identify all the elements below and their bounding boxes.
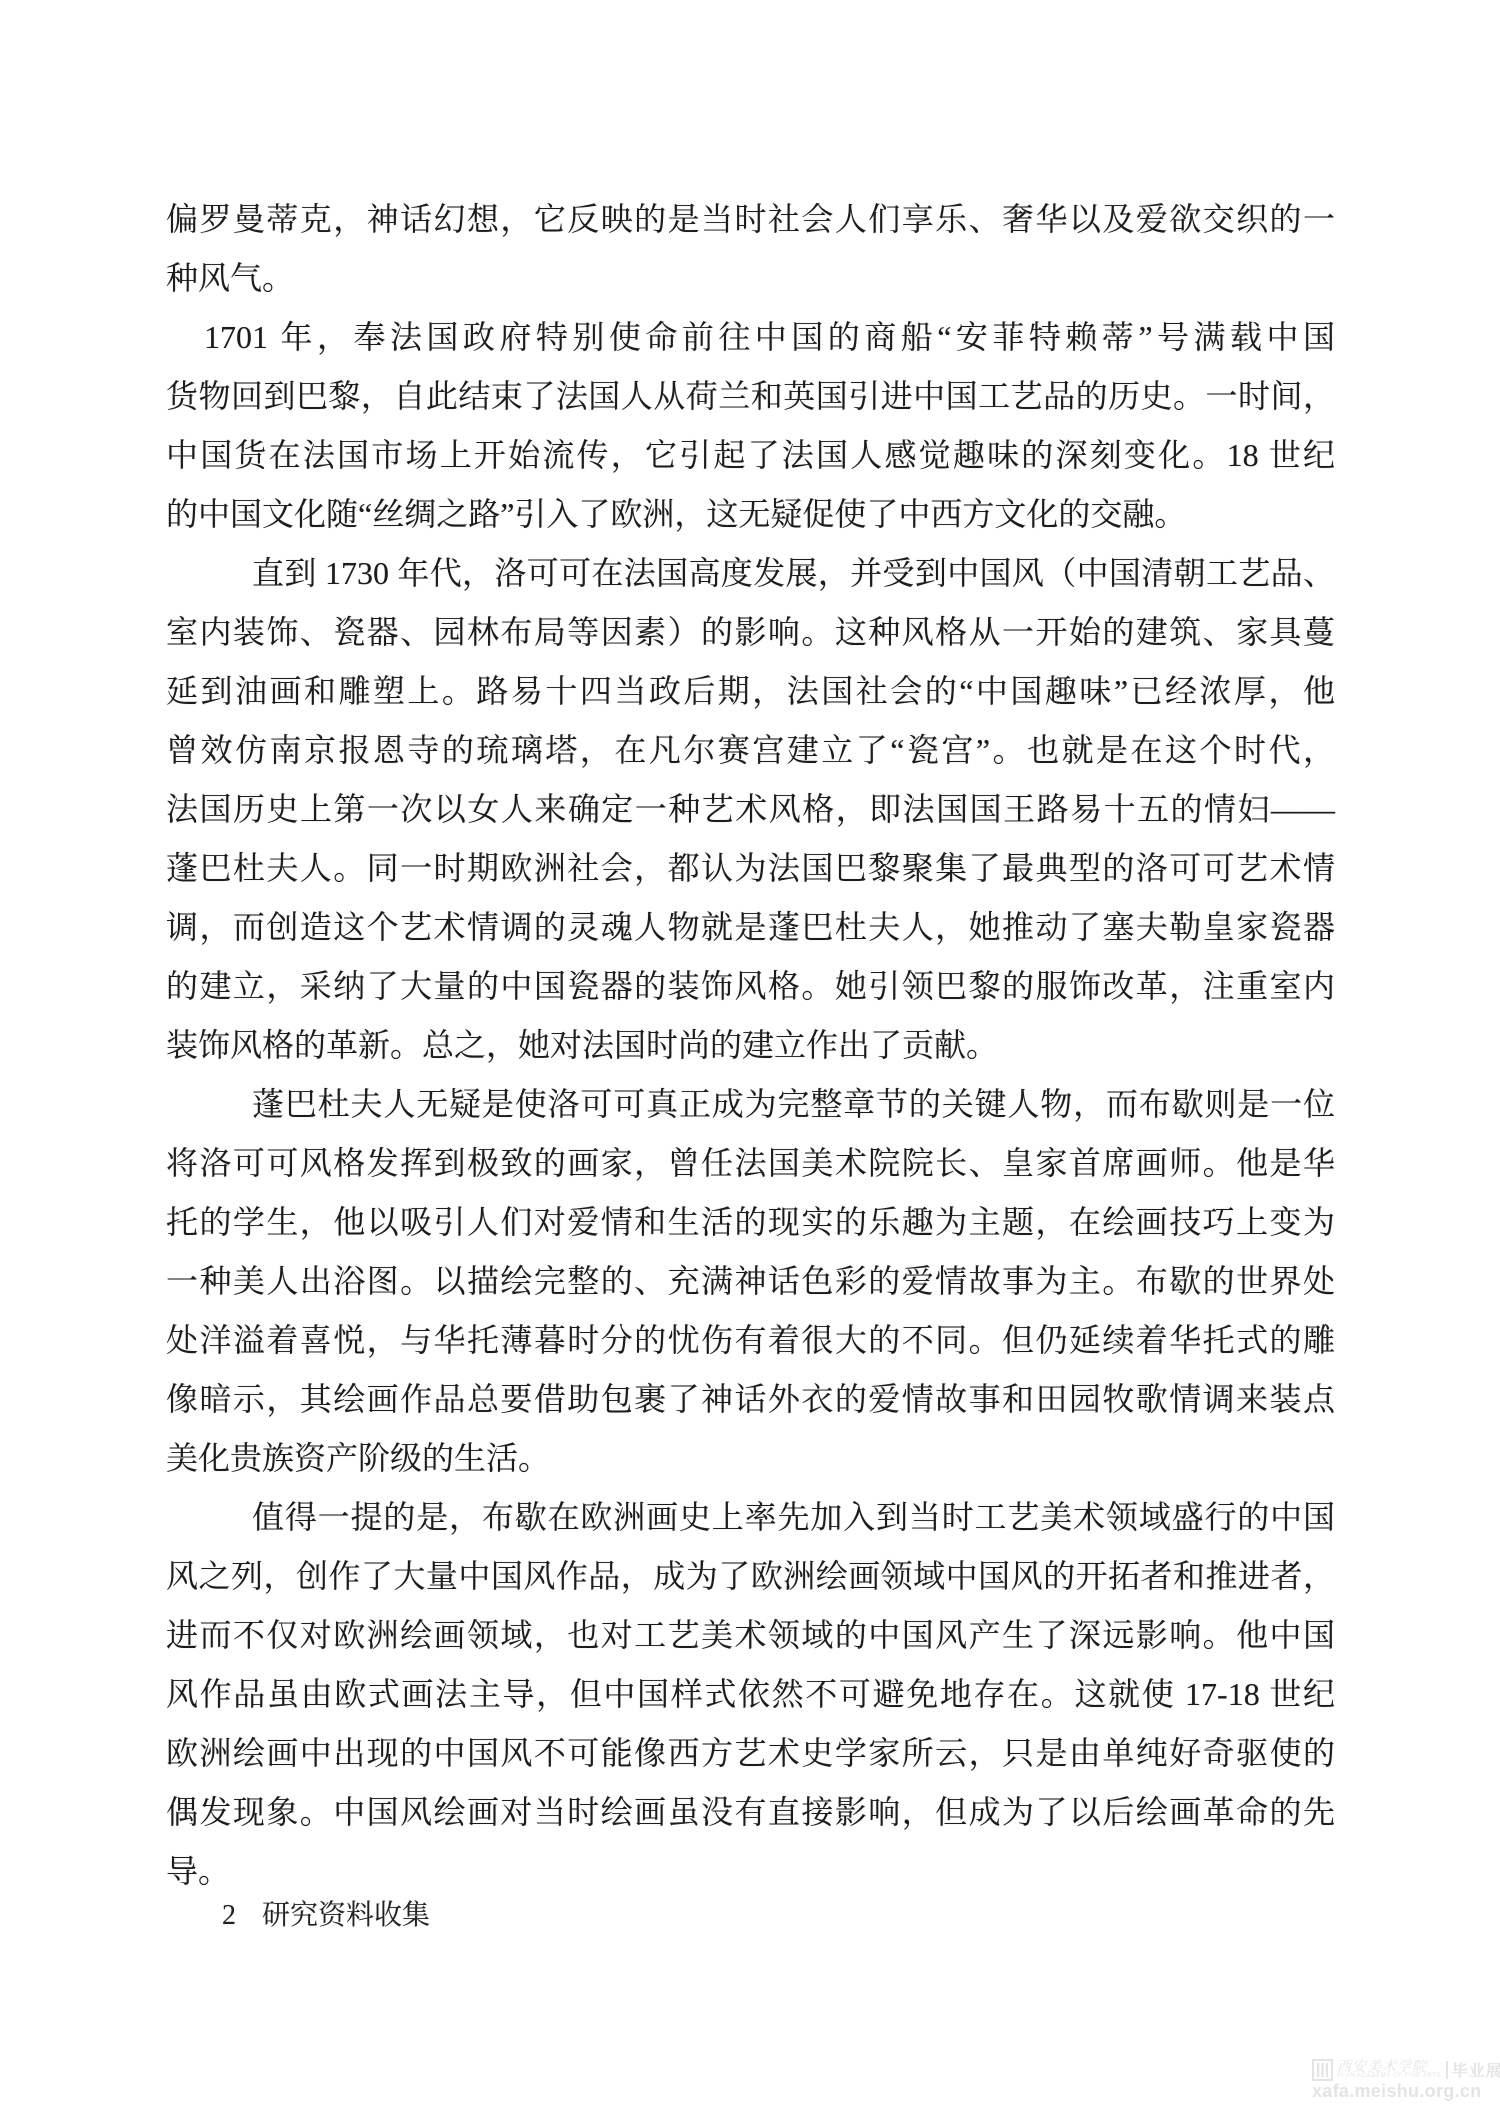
text-line: 托的学生，他以吸引人们对爱情和生活的现实的乐趣为主题，在绘画技巧上变为 [166,1193,1335,1252]
text-line: 室内装饰、瓷器、园林布局等因素）的影响。这种风格从一开始的建筑、家具蔓 [166,603,1335,662]
text-line: 导。 [166,1842,1335,1901]
text-line: 的中国文化随“丝绸之路”引入了欧洲，这无疑促使了中西方文化的交融。 [166,485,1335,544]
text-line: 直到 1730 年代，洛可可在法国高度发展，并受到中国风（中国清朝工艺品、 [166,544,1335,603]
site-watermark: 西安美术学院 XI'AN ACADEMY OF FINE ARTS 毕业展 xa… [1312,2058,1477,2100]
text-line: 中国货在法国市场上开始流传，它引起了法国人感觉趣味的深刻变化。18 世纪 [166,426,1335,485]
text-line: 的建立，采纳了大量的中国瓷器的装饰风格。她引领巴黎的服饰改革，注重室内 [166,957,1335,1016]
watermark-academy-name-cn: 西安美术学院 [1337,2059,1441,2073]
text-line: 欧洲绘画中出现的中国风不可能像西方艺术史学家所云，只是由单纯好奇驱使的 [166,1724,1335,1783]
paragraph: 偏罗曼蒂克，神话幻想，它反映的是当时社会人们享乐、奢华以及爱欲交织的一种风气。 [166,190,1335,308]
text-line: 延到油画和雕塑上。路易十四当政后期，法国社会的“中国趣味”已经浓厚，他 [166,662,1335,721]
watermark-divider [1446,2061,1448,2079]
text-line: 偏罗曼蒂克，神话幻想，它反映的是当时社会人们享乐、奢华以及爱欲交织的一 [166,190,1335,249]
text-line: 偶发现象。中国风绘画对当时绘画虽没有直接影响，但成为了以后绘画革命的先 [166,1783,1335,1842]
document-page: 偏罗曼蒂克，神话幻想，它反映的是当时社会人们享乐、奢华以及爱欲交织的一种风气。1… [0,0,1500,2121]
watermark-logo-row: 西安美术学院 XI'AN ACADEMY OF FINE ARTS 毕业展 [1312,2058,1477,2081]
text-line: 美化贵族资产阶级的生活。 [166,1429,1335,1488]
text-line: 调，而创造这个艺术情调的灵魂人物就是蓬巴杜夫人，她推动了塞夫勒皇家瓷器 [166,898,1335,957]
text-line: 曾效仿南京报恩寺的琉璃塔，在凡尔赛宫建立了“瓷宫”。也就是在这个时代， [166,721,1335,780]
text-line: 蓬巴杜夫人无疑是使洛可可真正成为完整章节的关键人物，而布歇则是一位 [166,1075,1335,1134]
watermark-exhibition-badge: 毕业展 [1452,2058,1500,2081]
academy-seal-icon [1312,2059,1333,2081]
text-line: 货物回到巴黎，自此结束了法国人从荷兰和英国引进中国工艺品的历史。一时间， [166,367,1335,426]
watermark-url: xafa.meishu.org.cn [1312,2082,1477,2100]
page-number: 2 [222,1896,236,1936]
text-line: 像暗示，其绘画作品总要借助包裹了神话外衣的爱情故事和田园牧歌情调来装点 [166,1370,1335,1429]
text-line: 装饰风格的革新。总之，她对法国时尚的建立作出了贡献。 [166,1016,1335,1075]
paragraph: 蓬巴杜夫人无疑是使洛可可真正成为完整章节的关键人物，而布歇则是一位将洛可可风格发… [166,1075,1335,1488]
text-line: 一种美人出浴图。以描绘完整的、充满神话色彩的爱情故事为主。布歇的世界处 [166,1252,1335,1311]
paragraph: 1701 年，奉法国政府特别使命前往中国的商船“安菲特赖蒂”号满载中国货物回到巴… [166,308,1335,544]
text-line: 处洋溢着喜悦，与华托薄暮时分的忧伤有着很大的不同。但仍延续着华托式的雕 [166,1311,1335,1370]
text-line: 风作品虽由欧式画法主导，但中国样式依然不可避免地存在。这就使 17-18 世纪 [166,1665,1335,1724]
text-line: 值得一提的是，布歇在欧洲画史上率先加入到当时工艺美术领域盛行的中国 [166,1488,1335,1547]
text-line: 蓬巴杜夫人。同一时期欧洲社会，都认为法国巴黎聚集了最典型的洛可可艺术情 [166,839,1335,898]
text-line: 1701 年，奉法国政府特别使命前往中国的商船“安菲特赖蒂”号满载中国 [166,308,1335,367]
text-line: 风之列，创作了大量中国风作品，成为了欧洲绘画领域中国风的开拓者和推进者， [166,1547,1335,1606]
page-footer: 2 研究资料收集 [222,1896,430,1936]
body-text: 偏罗曼蒂克，神话幻想，它反映的是当时社会人们享乐、奢华以及爱欲交织的一种风气。1… [166,190,1335,1901]
text-line: 法国历史上第一次以女人来确定一种艺术风格，即法国国王路易十五的情妇—— [166,780,1335,839]
text-line: 种风气。 [166,249,1335,308]
paragraph: 值得一提的是，布歇在欧洲画史上率先加入到当时工艺美术领域盛行的中国风之列，创作了… [166,1488,1335,1901]
paragraph: 直到 1730 年代，洛可可在法国高度发展，并受到中国风（中国清朝工艺品、室内装… [166,544,1335,1075]
text-line: 进而不仅对欧洲绘画领域，也对工艺美术领域的中国风产生了深远影响。他中国 [166,1606,1335,1665]
watermark-academy-name: 西安美术学院 XI'AN ACADEMY OF FINE ARTS [1337,2059,1441,2080]
footer-section-title: 研究资料收集 [262,1896,430,1936]
text-line: 将洛可可风格发挥到极致的画家，曾任法国美术院院长、皇家首席画师。他是华 [166,1134,1335,1193]
watermark-academy-name-en: XI'AN ACADEMY OF FINE ARTS [1337,2073,1441,2080]
